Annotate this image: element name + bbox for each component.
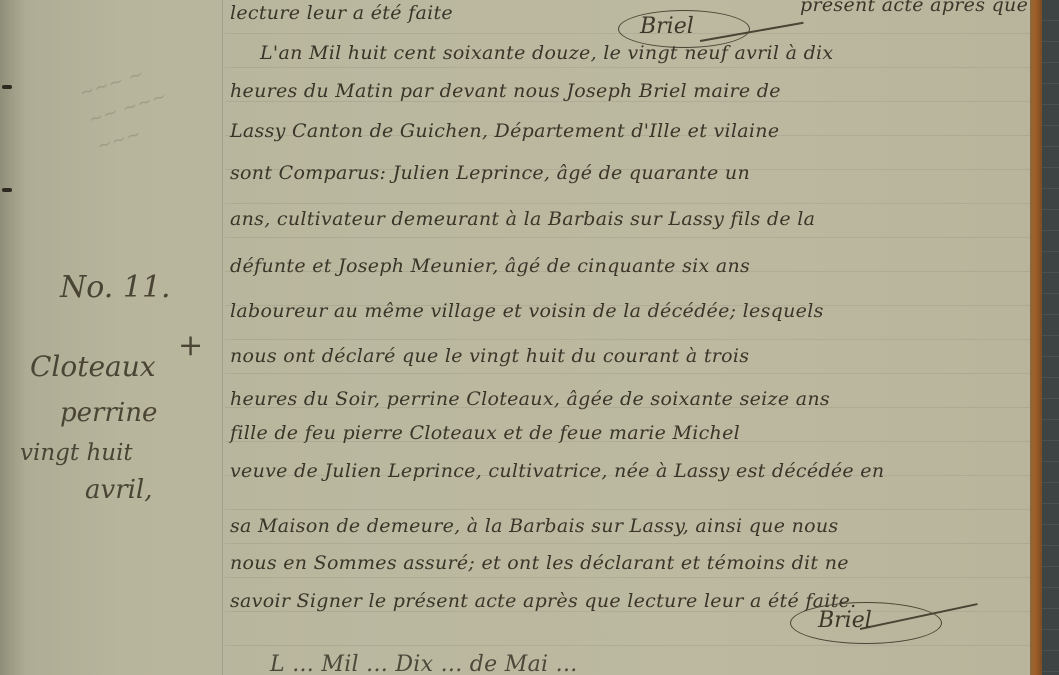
- signature-bottom: Briel: [818, 608, 872, 633]
- act-line-4: sont Comparus: Julien Leprince, âgé de q…: [230, 162, 750, 184]
- act-line-1: L'an Mil huit cent soixante douze, le vi…: [260, 42, 833, 64]
- death-date-day: vingt huit: [20, 440, 133, 466]
- act-line-12: sa Maison de demeure, à la Barbais sur L…: [230, 515, 838, 537]
- ink-bleed-through: ~~~ ~~~ ~~~~~~: [76, 44, 224, 186]
- register-cover: [1042, 0, 1059, 675]
- act-line-7: laboureur au même village et voisin de l…: [230, 300, 824, 322]
- next-act-line: L ... Mil ... Dix ... de Mai ...: [270, 652, 578, 675]
- act-line-2: heures du Matin par devant nous Joseph B…: [230, 80, 781, 102]
- register-page: ~~~ ~~~ ~~~~~~ lecture leur a été faite …: [0, 0, 1059, 675]
- act-line-8: nous ont déclaré que le vingt huit du co…: [230, 345, 749, 367]
- death-date-month: avril,: [85, 475, 153, 505]
- signature-top: Briel: [640, 14, 694, 39]
- act-line-11: veuve de Julien Leprince, cultivatrice, …: [230, 460, 884, 482]
- act-line-13: nous en Sommes assuré; et ont les déclar…: [230, 552, 849, 574]
- page-edge: [1030, 0, 1042, 675]
- death-cross-icon: +: [178, 328, 203, 363]
- act-line-10: fille de feu pierre Cloteaux et de feue …: [230, 422, 740, 444]
- act-line-6: défunte et Joseph Meunier, âgé de cinqua…: [230, 255, 750, 277]
- deceased-surname: Cloteaux: [30, 350, 156, 383]
- facing-page-edge-marks: [0, 0, 24, 675]
- deceased-given-name: perrine: [60, 398, 157, 428]
- act-line-14: savoir Signer le présent acte après que …: [230, 590, 857, 612]
- margin-rule: [222, 0, 223, 675]
- act-line-3: Lassy Canton de Guichen, Département d'I…: [230, 120, 779, 142]
- previous-act-line-left: lecture leur a été faite: [230, 2, 453, 24]
- act-number: No. 11.: [60, 270, 171, 305]
- act-line-5: ans, cultivateur demeurant à la Barbais …: [230, 208, 815, 230]
- previous-act-line-right: présent acte après que: [800, 0, 1028, 16]
- act-line-9: heures du Soir, perrine Cloteaux, âgée d…: [230, 388, 830, 410]
